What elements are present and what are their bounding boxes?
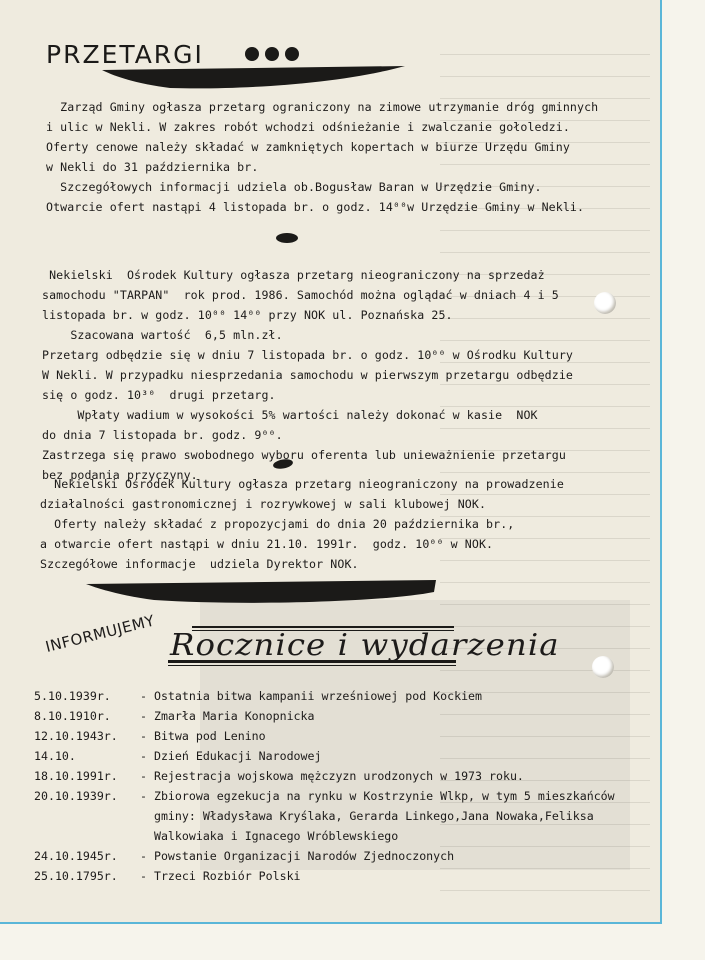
title-rule-bottom [168,660,456,663]
event-date: 18.10.1991r. [34,766,140,786]
event-date: 20.10.1939r. [34,786,140,806]
notice-line: Szczegółowych informacji udziela ob.Bogu… [46,177,598,197]
notice-line: Wpłaty wadium w wysokości 5% wartości na… [42,405,573,425]
dot-icon [285,47,299,61]
event-description: - Zmarła Maria Konopnicka [140,706,315,726]
event-row: 25.10.1795r.- Trzeci Rozbiór Polski [34,866,615,886]
notice-line: Zarząd Gminy ogłasza przetarg ograniczon… [46,97,598,117]
notice-line: do dnia 7 listopada br. godz. 9⁰⁰. [42,425,573,445]
notice-line: się o godz. 10³⁰ drugi przetarg. [42,385,573,405]
notice-line: a otwarcie ofert nastąpi w dniu 21.10. 1… [40,534,564,554]
event-row: 20.10.1939r.- Zbiorowa egzekucja na rynk… [34,786,615,806]
notice-snow-removal: Zarząd Gminy ogłasza przetarg ograniczon… [46,97,598,217]
event-description: - Rejestracja wojskowa mężczyzn urodzony… [140,766,524,786]
event-date: 8.10.1910r. [34,706,140,726]
section-kicker: INFORMUJEMY [44,611,157,656]
notice-line: Oferty należy składać z propozycjami do … [40,514,564,534]
event-row: 8.10.1910r.- Zmarła Maria Konopnicka [34,706,615,726]
separator-blob [275,232,299,244]
notice-line: Przetarg odbędzie się w dniu 7 listopada… [42,345,573,365]
notice-line: Zastrzega się prawo swobodnego wyboru of… [42,445,573,465]
section-swoosh [84,578,440,608]
event-row: 24.10.1945r.- Powstanie Organizacji Naro… [34,846,615,866]
title-swoosh [100,62,410,92]
event-description: Walkowiaka i Ignacego Wróblewskiego [140,826,398,846]
event-description: - Zbiorowa egzekucja na rynku w Kostrzyn… [140,786,615,806]
dot-icon [245,47,259,61]
title-rule-bottom-thin [168,665,456,666]
event-date: 12.10.1943r. [34,726,140,746]
notice-line: Szczegółowe informacje udziela Dyrektor … [40,554,564,574]
notice-line: listopada br. w godz. 10⁰⁰ 14⁰⁰ przy NOK… [42,305,573,325]
event-row: 14.10.- Dzień Edukacji Narodowej [34,746,615,766]
notice-line: Nekielski Ośrodek Kultury ogłasza przeta… [40,474,564,494]
event-date [34,826,140,846]
event-date: 5.10.1939r. [34,686,140,706]
notice-line: Szacowana wartość 6,5 mln.zł. [42,325,573,345]
event-date: 25.10.1795r. [34,866,140,886]
notice-line: działalności gastronomicznej i rozrywkow… [40,494,564,514]
event-description: - Ostatnia bitwa kampanii wrześniowej po… [140,686,482,706]
section-title: Rocznice i wydarzenia [170,628,560,663]
notice-line: i ulic w Nekli. W zakres robót wchodzi o… [46,117,598,137]
event-row: 18.10.1991r.- Rejestracja wojskowa mężcz… [34,766,615,786]
notice-line: w Nekli do 31 października br. [46,157,598,177]
event-description: - Trzeci Rozbiór Polski [140,866,301,886]
event-description: - Powstanie Organizacji Narodów Zjednocz… [140,846,454,866]
event-date: 14.10. [34,746,140,766]
scanned-page: PRZETARGI Zarząd Gminy ogłasza przetarg … [0,0,662,924]
notice-line: samochodu "TARPAN" rok prod. 1986. Samoc… [42,285,573,305]
event-date [34,806,140,826]
notice-line: Otwarcie ofert nastąpi 4 listopada br. o… [46,197,598,217]
notice-gastronomy: Nekielski Ośrodek Kultury ogłasza przeta… [40,474,564,574]
event-date: 24.10.1945r. [34,846,140,866]
event-description: gminy: Władysława Kryślaka, Gerarda Link… [140,806,594,826]
event-row: 12.10.1943r.- Bitwa pod Lenino [34,726,615,746]
notice-tarpan-sale: Nekielski Ośrodek Kultury ogłasza przeta… [42,265,573,485]
event-row: 5.10.1939r.- Ostatnia bitwa kampanii wrz… [34,686,615,706]
notice-line: W Nekli. W przypadku niesprzedania samoc… [42,365,573,385]
punch-hole [592,656,614,678]
event-row: gminy: Władysława Kryślaka, Gerarda Link… [34,806,615,826]
punch-hole [594,292,616,314]
title-dots [245,47,299,61]
events-list: 5.10.1939r.- Ostatnia bitwa kampanii wrz… [34,686,615,886]
event-description: - Dzień Edukacji Narodowej [140,746,321,766]
notice-line: Oferty cenowe należy składać w zamknięty… [46,137,598,157]
event-description: - Bitwa pod Lenino [140,726,266,746]
notice-line: Nekielski Ośrodek Kultury ogłasza przeta… [42,265,573,285]
separator-blob [272,458,294,470]
dot-icon [265,47,279,61]
event-row: Walkowiaka i Ignacego Wróblewskiego [34,826,615,846]
